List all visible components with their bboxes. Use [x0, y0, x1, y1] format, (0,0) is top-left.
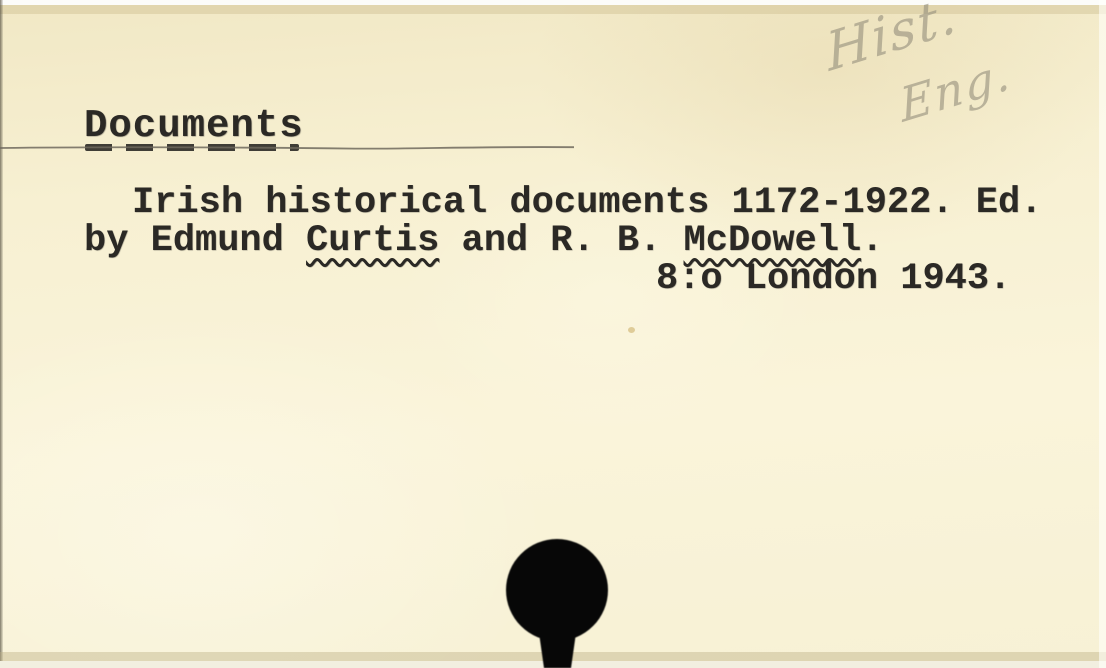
card-rod-hole: [480, 520, 640, 668]
body-line-1: Irish historical documents 1172-1922. Ed…: [84, 184, 1094, 222]
author-name-mcdowell: McDowell: [684, 220, 862, 262]
body-line-2-suffix: .: [861, 220, 883, 262]
body-line-2-prefix: by Edmund: [84, 220, 306, 262]
ruled-line: [0, 138, 580, 158]
paper-speck: [628, 327, 635, 333]
card-body: Irish historical documents 1172-1922. Ed…: [84, 184, 1094, 298]
body-line-2: by Edmund Curtis and R. B. McDowell.: [84, 222, 1094, 260]
body-line-3-imprint: 8:o London 1943.: [84, 260, 1094, 298]
body-line-2-middle: and R. B.: [439, 220, 683, 262]
card-edge-left: [0, 0, 3, 668]
card-edge-right: [1099, 0, 1106, 668]
author-name-curtis: Curtis: [306, 220, 439, 262]
catalog-card: Hist. Eng. Documents Irish historical do…: [0, 0, 1106, 668]
